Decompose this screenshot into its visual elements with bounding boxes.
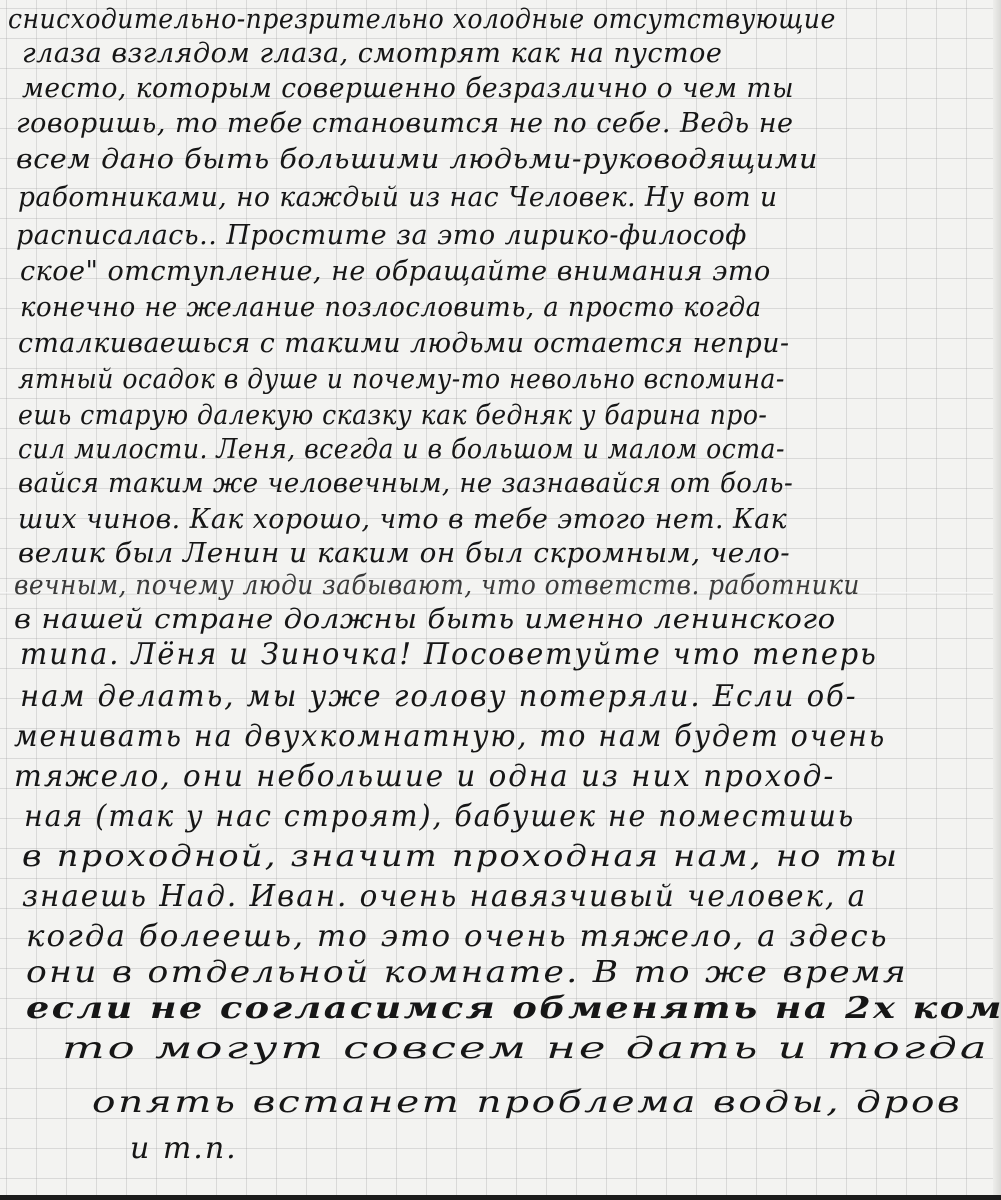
letter-line-4: говоришь, то тебе становится не по себе.… xyxy=(16,110,793,137)
letter-line-2: глаза взглядом глаза, смотрят как на пус… xyxy=(22,40,722,67)
letter-line-14: вайся таким же человечным, не зазнавайся… xyxy=(18,470,793,497)
letter-line-7: расписалась.. Простите за это лирико-фил… xyxy=(16,222,747,249)
letter-line-24: в проходной, значит проходная нам, но ты xyxy=(22,842,899,872)
letter-line-5: всем дано быть большими людьми-руководящ… xyxy=(16,146,818,173)
letter-line-31: и т.п. xyxy=(130,1134,238,1164)
letter-line-6: работниками, но каждый из нас Человек. Н… xyxy=(18,184,778,211)
handwritten-letter: снисходительно-презрительно холодные отс… xyxy=(0,0,1001,1195)
letter-line-13: сил милости. Леня, всегда и в большом и … xyxy=(18,436,785,463)
letter-line-28: если не согласимся обменять на 2х комн. xyxy=(26,994,1001,1024)
letter-line-25: знаешь Над. Иван. очень навязчивый челов… xyxy=(22,882,867,912)
letter-line-18: в нашей стране должны быть именно ленинс… xyxy=(14,606,836,633)
letter-line-19: типа. Лёня и Зиночка! Посоветуйте что те… xyxy=(20,640,878,670)
letter-line-10: сталкиваешься с такими людьми остается н… xyxy=(18,330,789,357)
letter-line-20: нам делать, мы уже голову потеряли. Если… xyxy=(20,682,858,712)
letter-line-22: тяжело, они небольшие и одна из них прох… xyxy=(14,762,835,792)
letter-line-21: менивать на двухкомнатную, то нам будет … xyxy=(14,722,886,752)
paper-bottom-edge xyxy=(0,1195,1001,1200)
letter-line-30: опять встанет проблема воды, дров xyxy=(92,1088,962,1118)
letter-line-15: ших чинов. Как хорошо, что в тебе этого … xyxy=(18,506,787,533)
letter-line-17: вечным, почему люди забывают, что ответс… xyxy=(14,572,860,599)
letter-line-3: место, которым совершенно безразлично о … xyxy=(22,75,794,102)
letter-line-8: ское" отступление, не обращайте внимания… xyxy=(20,258,771,285)
letter-line-27: они в отдельной комнате. В то же время xyxy=(26,958,908,988)
letter-line-16: велик был Ленин и каким он был скромным,… xyxy=(18,540,790,567)
letter-line-11: ятный осадок в душе и почему-то невольно… xyxy=(18,366,785,393)
letter-line-9: конечно не желание позлословить, а прост… xyxy=(20,294,762,321)
letter-line-12: ешь старую далекую сказку как бедняк у б… xyxy=(18,402,767,429)
letter-line-1: снисходительно-презрительно холодные отс… xyxy=(8,6,836,33)
letter-line-26: когда болеешь, то это очень тяжело, а зд… xyxy=(26,922,889,952)
letter-line-29: то могут совсем не дать и тогда xyxy=(62,1034,990,1064)
letter-line-23: ная (так у нас строят), бабушек не помес… xyxy=(24,802,855,832)
